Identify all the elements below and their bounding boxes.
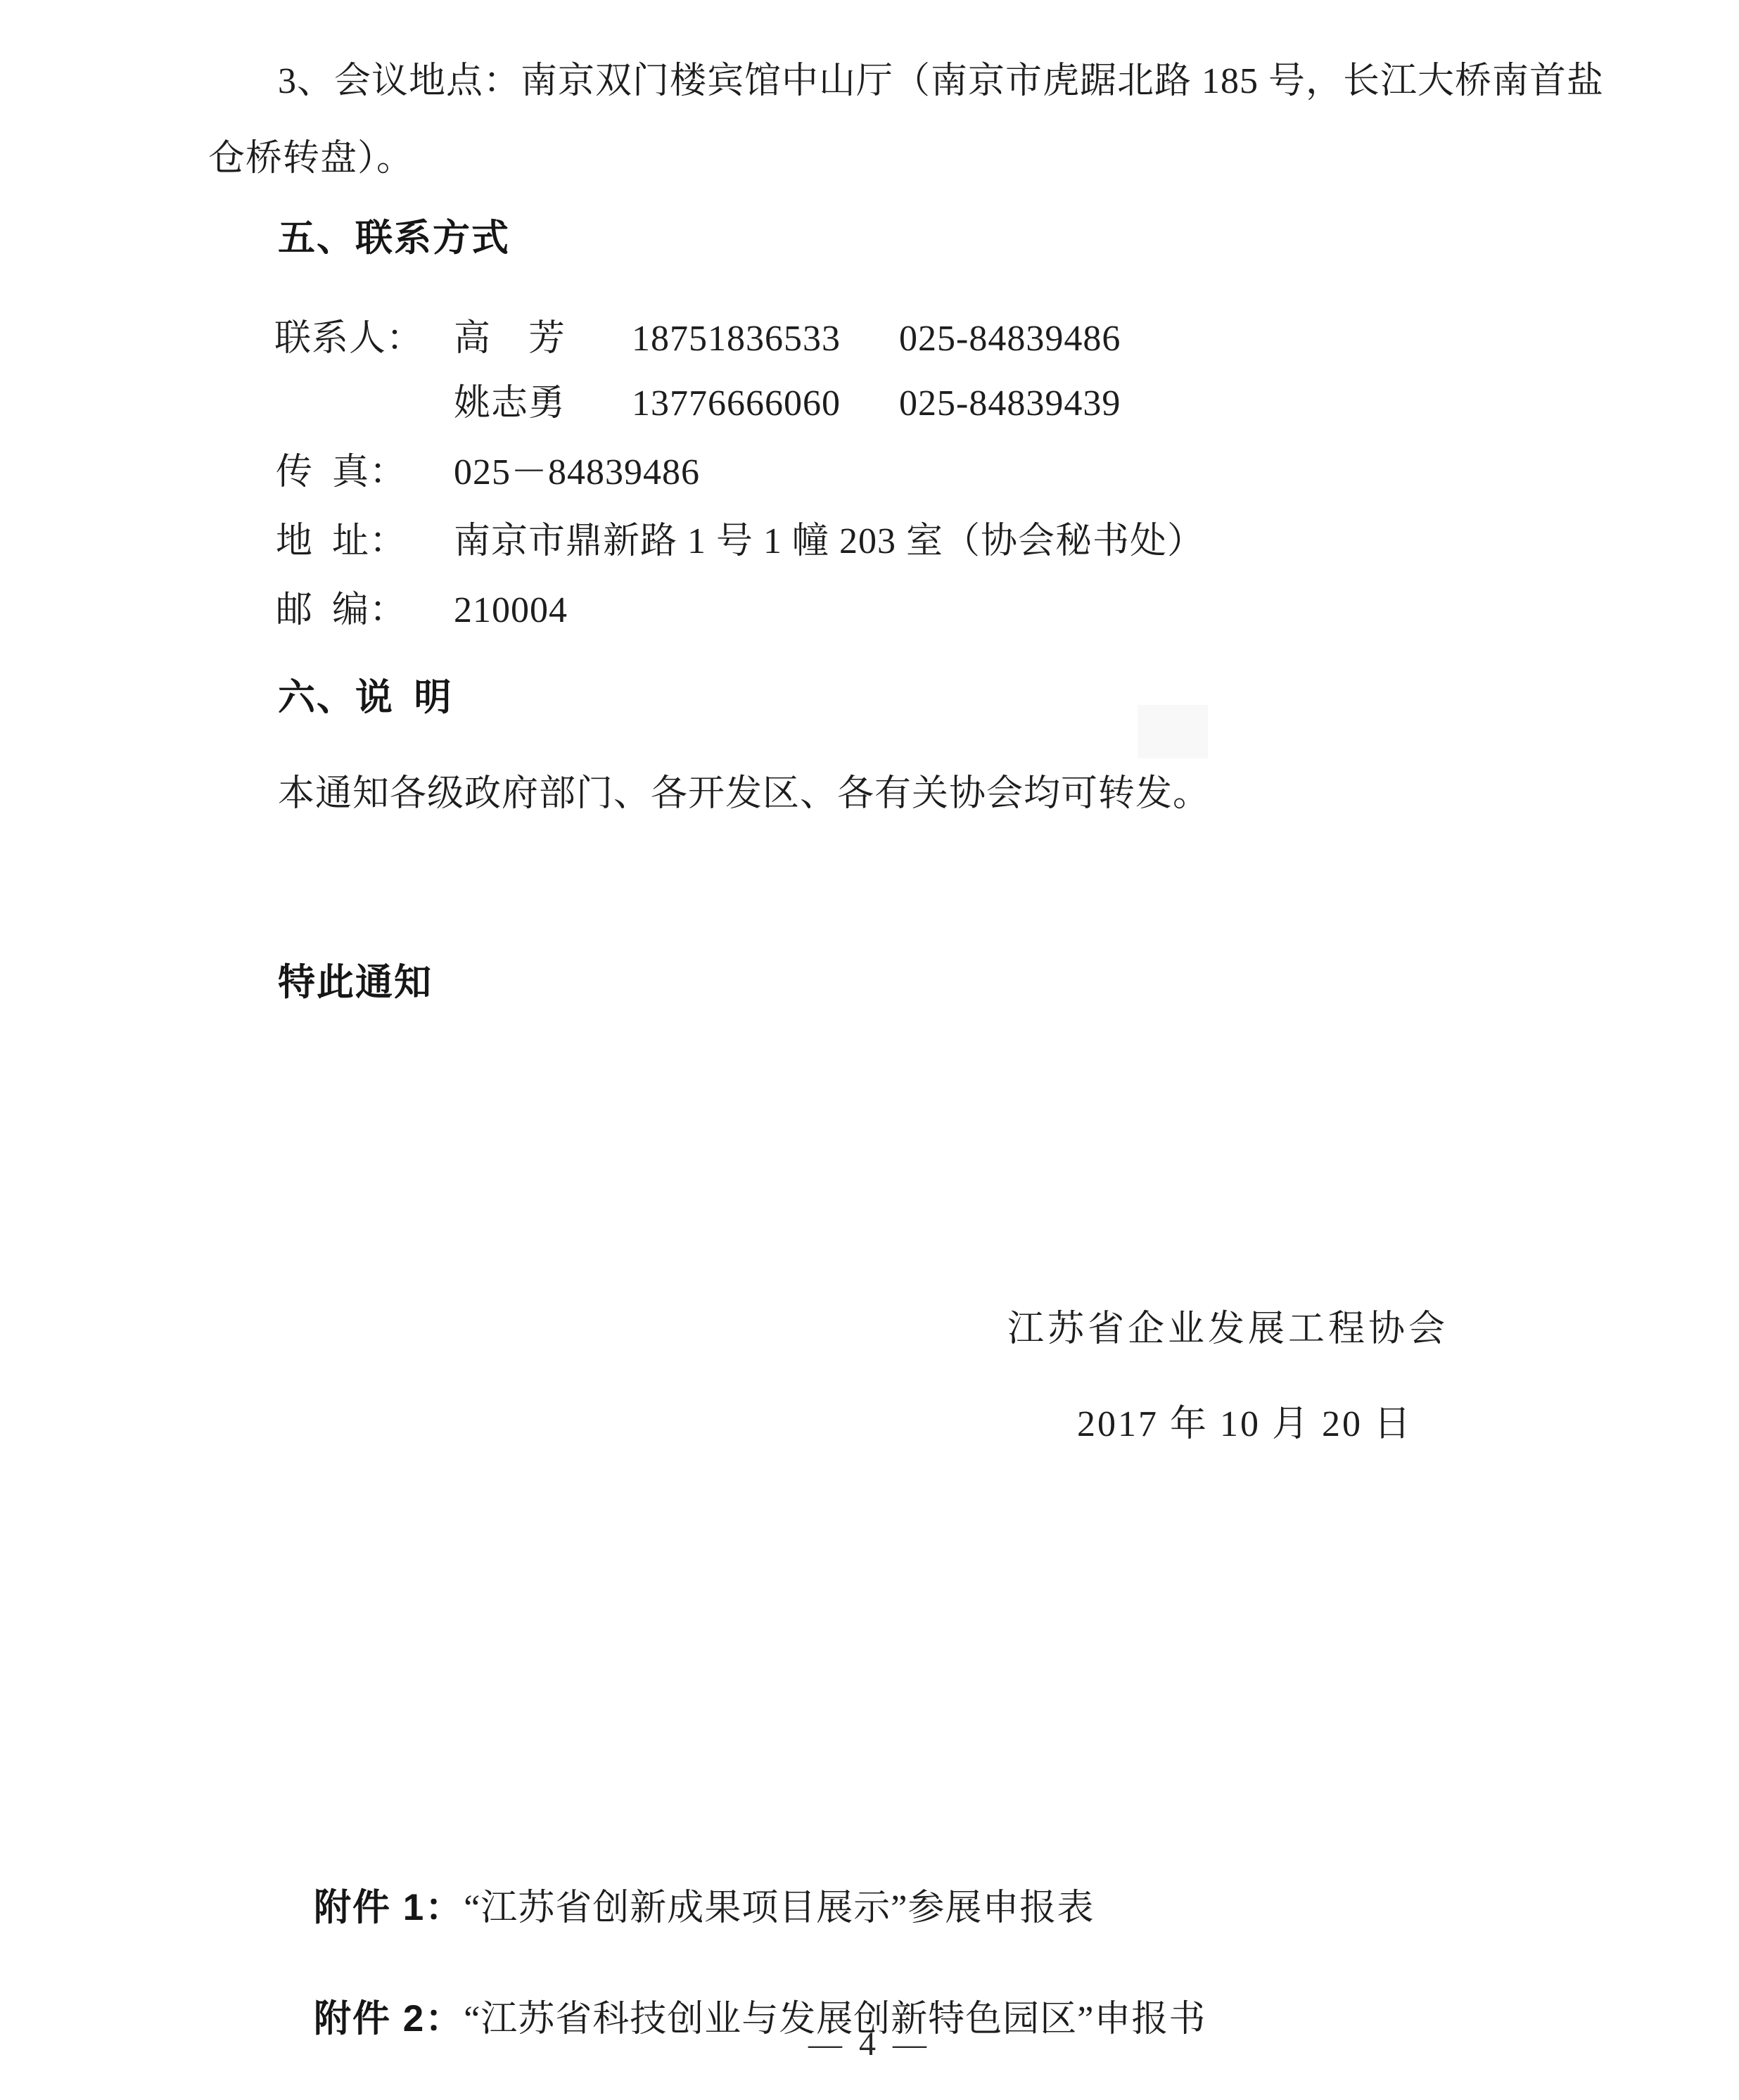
contact-person-label: 联系人： [274,318,423,360]
signature-date: 2017 年 10 月 20 日 [1077,1404,1413,1446]
attachment-line-2: 附件 2：“江苏省科技创业与发展创新特色园区”申报书 [274,1956,1206,2083]
meeting-location-line-1: 3、会议地点：南京双门楼宾馆中山厅（南京市虎踞北路 185 号，长江大桥南首盐 [278,61,1604,103]
contact-mobile-1: 18751836533 [632,318,841,360]
fax-value: 025－84839486 [454,452,700,494]
scan-artifact [1138,705,1208,758]
contact-name-2: 姚志勇 [454,383,566,425]
note-body: 本通知各级政府部门、各开发区、各有关协会均可转发。 [278,773,1210,815]
attachment-1-title: “江苏省创新成果项目展示”参展申报表 [464,1888,1094,1928]
attachment-line-1: 附件 1：“江苏省创新成果项目展示”参展申报表 [274,1845,1094,1972]
attachment-1-label: 附件 1： [314,1887,464,1928]
page-number: — 4 — [0,2025,1739,2063]
section-heading-note: 六、说 明 [278,677,453,720]
contact-phone-2: 025-84839439 [899,383,1121,425]
document-page: 3、会议地点：南京双门楼宾馆中山厅（南京市虎踞北路 185 号，长江大桥南首盐 … [0,0,1739,2100]
contact-mobile-2: 13776666060 [632,383,841,425]
notice-statement: 特此通知 [278,962,433,1005]
section-heading-contact: 五、联系方式 [278,217,510,260]
zip-label: 邮 编： [276,590,407,632]
contact-phone-1: 025-84839486 [899,318,1121,360]
signature-organization: 江苏省企业发展工程协会 [1007,1309,1448,1351]
fax-label: 传 真： [276,452,407,494]
address-label: 地 址： [276,521,407,563]
contact-name-1: 高 芳 [454,318,566,360]
meeting-location-line-2: 仓桥转盘）。 [208,138,414,180]
address-value: 南京市鼎新路 1 号 1 幢 203 室（协会秘书处） [454,521,1204,563]
zip-value: 210004 [454,590,568,632]
